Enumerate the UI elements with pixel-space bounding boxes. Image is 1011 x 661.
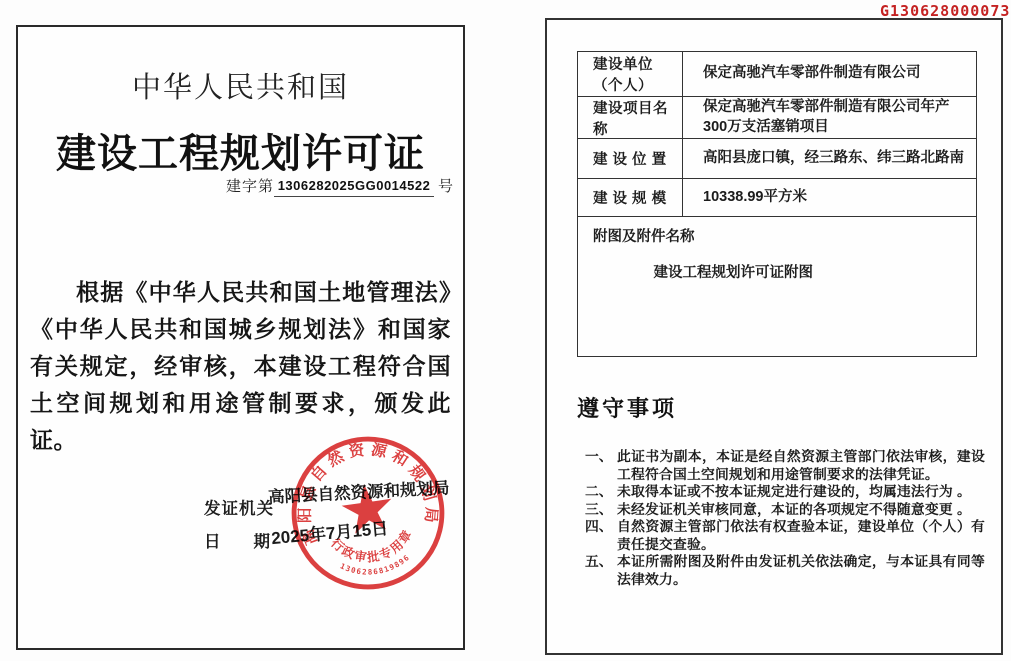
country-title: 中华人民共和国 [18, 65, 463, 106]
note-text: 未经发证机关审核同意，本证的各项规定不得随意变更 。 [617, 501, 985, 519]
row-label-project-name: 建设项目名称 [578, 97, 683, 138]
note-text: 未取得本证或不按本证规定进行建设的，均属违法行为 。 [617, 483, 985, 501]
attachment-label: 附图及附件名称 [593, 225, 695, 246]
note-text: 自然资源主管部门依法有权查验本证，建设单位（个人）有责任提交查验。 [617, 518, 985, 553]
compliance-notes-list: 一、 此证书为副本，本证是经自然资源主管部门依法审核，建设工程符合国土空间规划和… [585, 448, 985, 588]
row-label-scale: 建 设 规 模 [578, 179, 683, 216]
row-label-construction-unit: 建设单位（个人） [578, 52, 683, 96]
row-label-location: 建 设 位 置 [578, 139, 683, 178]
permit-cover-page: 中华人民共和国 建设工程规划许可证 建字第 1306282025GG001452… [16, 25, 465, 650]
note-text: 此证书为副本，本证是经自然资源主管部门依法审核，建设工程符合国土空间规划和用途管… [617, 448, 985, 483]
row-value-location: 高阳县庞口镇，经三路东、纬三路北路南 [683, 139, 976, 178]
list-item: 五、 本证所需附图及附件由发证机关依法确定，与本证具有同等法律效力。 [585, 553, 985, 588]
permit-number-suffix: 号 [438, 175, 453, 197]
attachment-cell: 附图及附件名称 建设工程规划许可证附图 [578, 217, 976, 356]
issue-date-label: 日 期 [204, 528, 270, 552]
note-number: 一、 [585, 448, 617, 483]
table-row: 建设项目名称 保定高驰汽车零部件制造有限公司年产300万支活塞销项目 [578, 97, 976, 139]
note-number: 五、 [585, 553, 617, 588]
details-table: 建设单位（个人） 保定高驰汽车零部件制造有限公司 建设项目名称 保定高驰汽车零部… [577, 51, 977, 357]
row-value-construction-unit: 保定高驰汽车零部件制造有限公司 [683, 52, 976, 96]
permit-number-prefix: 建字第 [226, 175, 274, 197]
table-row: 建 设 规 模 10338.99平方米 [578, 179, 976, 217]
issuer-value: 高阳县自然资源和规划局 [267, 474, 450, 507]
seal-serial-digits: 1306286819896 [338, 552, 414, 581]
permit-number-line: 建字第 1306282025GG0014522 号 [226, 175, 453, 197]
permit-details-page: 建设单位（个人） 保定高驰汽车零部件制造有限公司 建设项目名称 保定高驰汽车零部… [545, 18, 1003, 655]
issue-date-value: 2025年7月15日 [270, 514, 389, 549]
list-item: 三、 未经发证机关审核同意，本证的各项规定不得随意变更 。 [585, 501, 985, 519]
list-item: 二、 未取得本证或不按本证规定进行建设的，均属违法行为 。 [585, 483, 985, 501]
legal-basis-paragraph: 根据《中华人民共和国土地管理法》《中华人民共和国城乡规划法》和国家有关规定，经审… [18, 274, 463, 459]
issuer-label: 发证机关 [204, 495, 274, 519]
note-number: 四、 [585, 518, 617, 553]
attachment-value: 建设工程规划许可证附图 [578, 261, 888, 282]
note-text: 本证所需附图及附件由发证机关依法确定，与本证具有同等法律效力。 [617, 553, 985, 588]
note-number: 三、 [585, 501, 617, 519]
table-row: 建 设 位 置 高阳县庞口镇，经三路东、纬三路北路南 [578, 139, 976, 179]
permit-title: 建设工程规划许可证 [18, 122, 463, 179]
svg-text:1306286819896: 1306286819896 [338, 552, 414, 581]
row-value-scale: 10338.99平方米 [683, 179, 976, 216]
compliance-section-title: 遵守事项 [577, 392, 677, 423]
note-number: 二、 [585, 483, 617, 501]
list-item: 一、 此证书为副本，本证是经自然资源主管部门依法审核，建设工程符合国土空间规划和… [585, 448, 985, 483]
row-value-project-name: 保定高驰汽车零部件制造有限公司年产300万支活塞销项目 [683, 97, 976, 138]
list-item: 四、 自然资源主管部门依法有权查验本证，建设单位（个人）有责任提交查验。 [585, 518, 985, 553]
table-row: 建设单位（个人） 保定高驰汽车零部件制造有限公司 [578, 52, 976, 97]
permit-number-value: 1306282025GG0014522 [274, 178, 434, 197]
